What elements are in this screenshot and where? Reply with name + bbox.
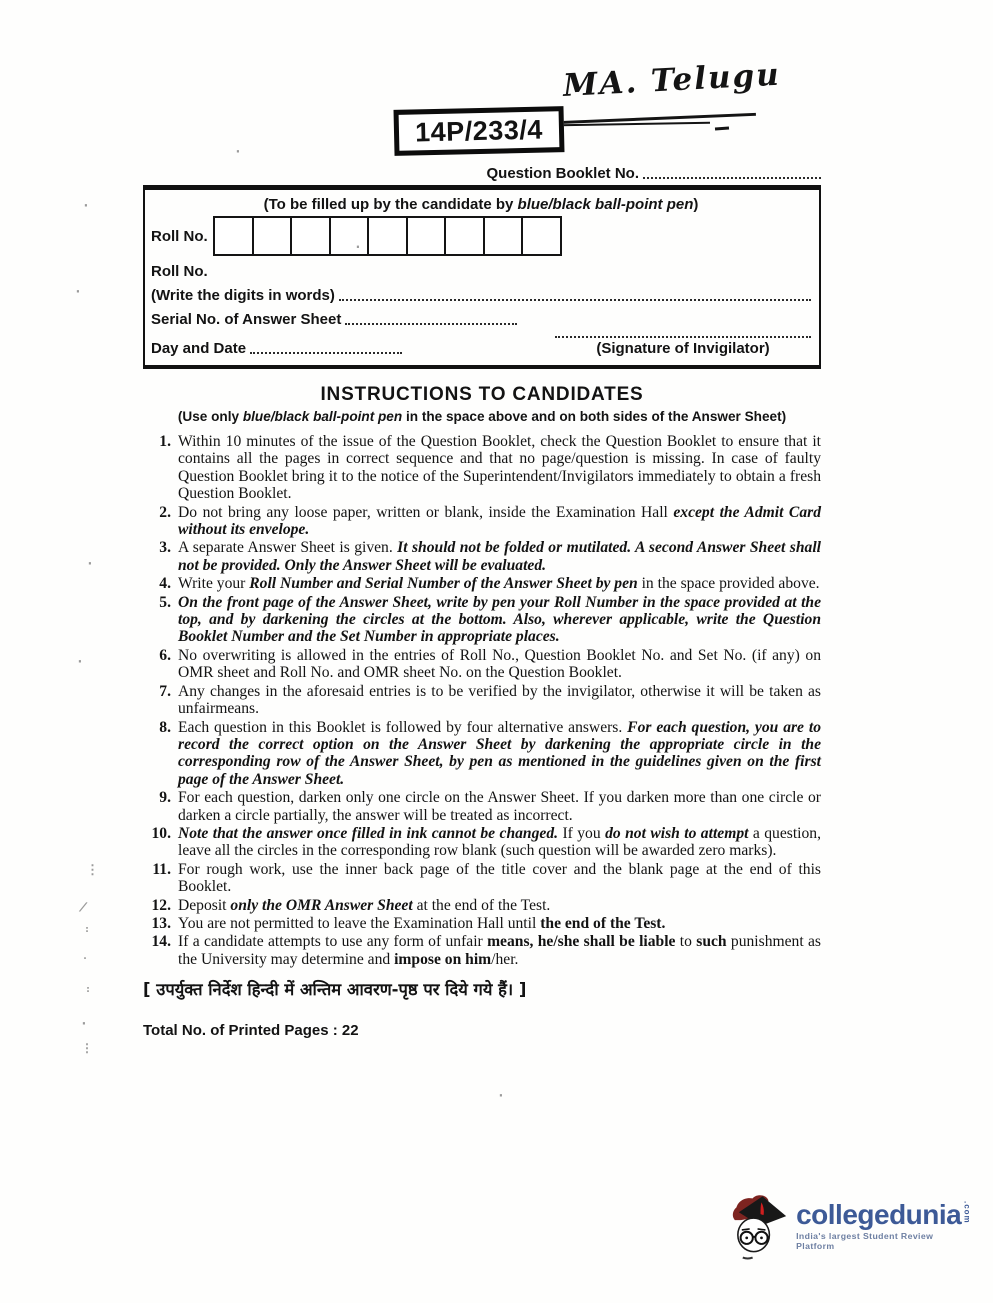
document-body: Question Booklet No. (To be filled up by…: [143, 162, 821, 1039]
scan-artifact: ·: [82, 202, 90, 212]
instruction-text: Do not bring any loose paper, written or…: [178, 504, 821, 539]
instruction-number: 5.: [143, 594, 178, 646]
instruction-text: Any changes in the aforesaid entries is …: [178, 683, 821, 718]
scan-artifact: ·: [234, 148, 242, 158]
roll-no-words-row: Roll No.: [151, 261, 811, 280]
scan-artifact: ·: [76, 658, 84, 668]
instruction-text: Note that the answer once filled in ink …: [178, 825, 821, 860]
fill-instruction-prefix: (To be filled up by the candidate by: [264, 196, 518, 213]
day-date-signature-row: Day and Date (Signature of Invigilator): [151, 328, 811, 357]
question-booklet-no-blank: [643, 177, 821, 179]
instructions-subtitle: (Use only blue/black ball-point pen in t…: [143, 409, 821, 424]
instruction-text: For rough work, use the inner back page …: [178, 861, 821, 896]
instructions-subtitle-suffix: in the space above and on both sides of …: [402, 409, 786, 424]
roll-no-cell: [406, 216, 447, 256]
roll-no-cell: [444, 216, 485, 256]
fill-instruction: (To be filled up by the candidate by blu…: [151, 196, 811, 213]
roll-no-cell: [483, 216, 524, 256]
serial-no-row: Serial No. of Answer Sheet: [151, 309, 811, 328]
instruction-item: 4.Write your Roll Number and Serial Numb…: [143, 575, 821, 592]
instruction-item: 2.Do not bring any loose paper, written …: [143, 504, 821, 539]
instruction-item: 14.If a candidate attempts to use any fo…: [143, 933, 821, 968]
instruction-item: 5.On the front page of the Answer Sheet,…: [143, 594, 821, 646]
roll-no-cell: [329, 216, 370, 256]
instruction-item: 3.A separate Answer Sheet is given. It s…: [143, 539, 821, 574]
digits-in-words-row: (Write the digits in words): [151, 285, 811, 304]
invigilator-signature-block: (Signature of Invigilator): [555, 328, 811, 357]
instruction-number: 13.: [143, 915, 178, 932]
instruction-text: You are not permitted to leave the Exami…: [178, 915, 821, 932]
instruction-item: 7.Any changes in the aforesaid entries i…: [143, 683, 821, 718]
instructions-subtitle-prefix: (Use only: [178, 409, 243, 424]
instruction-number: 1.: [143, 433, 178, 503]
instructions-subtitle-pen-type: blue/black ball-point pen: [243, 409, 402, 424]
instruction-item: 9.For each question, darken only one cir…: [143, 789, 821, 824]
fill-instruction-suffix: ): [693, 196, 698, 213]
serial-no-blank: [345, 323, 517, 325]
digits-in-words-label: (Write the digits in words): [151, 287, 335, 304]
handwritten-subject-note: MA. Telugu: [562, 56, 794, 104]
instruction-number: 6.: [143, 647, 178, 682]
instruction-text: A separate Answer Sheet is given. It sho…: [178, 539, 821, 574]
instruction-number: 14.: [143, 933, 178, 968]
instruction-text: Deposit only the OMR Answer Sheet at the…: [178, 897, 821, 914]
handwriting-dash: [715, 127, 729, 131]
instructions-title: INSTRUCTIONS TO CANDIDATES: [143, 384, 821, 406]
roll-no-cell: [213, 216, 254, 256]
booklet-code: 14P/233/4: [415, 114, 543, 148]
roll-no-words-label: Roll No.: [151, 263, 208, 280]
instruction-text: Write your Roll Number and Serial Number…: [178, 575, 821, 592]
instruction-text: Each question in this Booklet is followe…: [178, 719, 821, 789]
instruction-item: 8.Each question in this Booklet is follo…: [143, 719, 821, 789]
booklet-code-box: 14P/233/4: [394, 106, 565, 156]
instruction-item: 11.For rough work, use the inner back pa…: [143, 861, 821, 896]
scan-artifact: ·: [74, 288, 82, 298]
roll-no-cell: [521, 216, 562, 256]
question-booklet-no-label: Question Booklet No.: [486, 165, 639, 182]
fill-instruction-pen-type: blue/black ball-point pen: [518, 196, 694, 213]
roll-no-cell: [252, 216, 293, 256]
collegedunia-mascot-icon: [727, 1190, 790, 1262]
scan-artifact: ·: [80, 1020, 88, 1030]
instruction-item: 13.You are not permitted to leave the Ex…: [143, 915, 821, 932]
scan-artifact: :: [84, 925, 90, 935]
digits-in-words-blank: [339, 299, 811, 301]
instruction-number: 11.: [143, 861, 178, 896]
day-date-group: Day and Date: [151, 340, 555, 357]
instructions-list: 1.Within 10 minutes of the issue of the …: [143, 433, 821, 968]
scan-artifact: ·: [497, 1092, 505, 1102]
instruction-number: 8.: [143, 719, 178, 789]
collegedunia-tagline: India's largest Student Review Platform: [796, 1231, 972, 1251]
day-date-blank: [250, 352, 402, 354]
instruction-number: 3.: [143, 539, 178, 574]
scan-artifact: /: [78, 902, 88, 914]
instruction-number: 7.: [143, 683, 178, 718]
total-printed-pages: Total No. of Printed Pages : 22: [143, 1022, 821, 1039]
scan-artifact: .: [82, 952, 88, 962]
hindi-note: [ उपर्युक्त निर्देश हिन्दी में अन्तिम आव…: [143, 977, 821, 1000]
roll-no-grid: [213, 216, 562, 256]
instruction-text: On the front page of the Answer Sheet, w…: [178, 594, 821, 646]
instruction-number: 12.: [143, 897, 178, 914]
serial-no-label: Serial No. of Answer Sheet: [151, 311, 341, 328]
scan-artifact: :: [85, 985, 91, 995]
day-date-label: Day and Date: [151, 340, 246, 357]
instruction-item: 1.Within 10 minutes of the issue of the …: [143, 433, 821, 503]
instruction-item: 12.Deposit only the OMR Answer Sheet at …: [143, 897, 821, 914]
instruction-text: For each question, darken only one circl…: [178, 789, 821, 824]
collegedunia-logo: collegedunia .com India's largest Studen…: [727, 1190, 972, 1262]
question-booklet-no-row: Question Booklet No.: [143, 162, 821, 182]
instruction-number: 2.: [143, 504, 178, 539]
roll-no-cell: [367, 216, 408, 256]
instruction-number: 10.: [143, 825, 178, 860]
signature-label: (Signature of Invigilator): [555, 340, 811, 357]
roll-no-cell: [290, 216, 331, 256]
instruction-item: 6.No overwriting is allowed in the entri…: [143, 647, 821, 682]
collegedunia-brand-suffix: .com: [962, 1201, 970, 1224]
candidate-details-box: (To be filled up by the candidate by blu…: [143, 185, 821, 369]
roll-no-row: Roll No.: [151, 216, 811, 256]
scanned-exam-cover-page: MA. Telugu 14P/233/4 Question Booklet No…: [0, 0, 993, 1303]
collegedunia-logo-text: collegedunia .com India's largest Studen…: [796, 1201, 972, 1251]
scan-artifact: ⋮: [81, 1043, 93, 1053]
collegedunia-brand-name: collegedunia: [796, 1201, 961, 1229]
instruction-number: 4.: [143, 575, 178, 592]
scan-artifact: ·: [86, 560, 94, 570]
instruction-text: If a candidate attempts to use any form …: [178, 933, 821, 968]
signature-blank: [555, 328, 811, 338]
instruction-text: Within 10 minutes of the issue of the Qu…: [178, 433, 821, 503]
instruction-item: 10.Note that the answer once filled in i…: [143, 825, 821, 860]
instruction-text: No overwriting is allowed in the entries…: [178, 647, 821, 682]
instruction-number: 9.: [143, 789, 178, 824]
roll-no-label: Roll No.: [151, 228, 213, 245]
scan-artifact: .: [354, 240, 362, 250]
